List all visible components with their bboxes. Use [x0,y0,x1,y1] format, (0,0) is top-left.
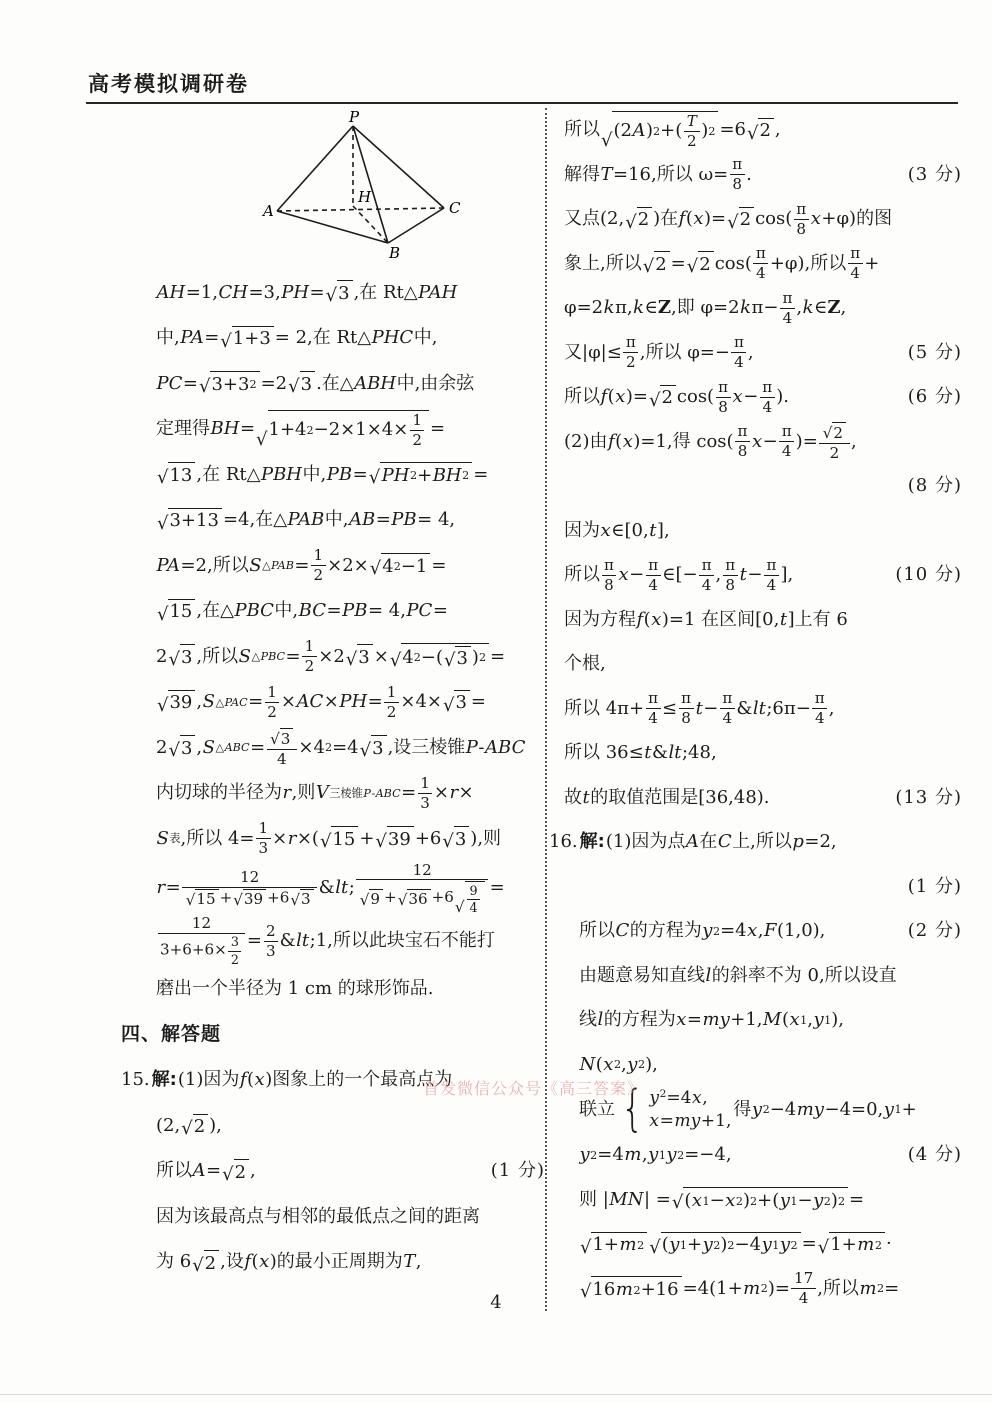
score-marker: (3 分) [902,164,962,187]
score-marker: (2 分) [902,920,962,943]
math-content: (1)因为点 A 在 C 上,所以 p=2, [606,831,837,854]
tetrahedron-svg: P A C B H [261,110,461,260]
math-content: 又点(2,√2)在 f(x)=√2cos(π8x+φ)的图 [564,201,892,238]
math-content: √39,S△PAC=12×AC×PH=12×4×√3= [156,684,486,721]
math-line: (2)由 f(x)=1,得 cos(π8x−π4)=√22, [549,420,962,465]
math-line: √3+13=4,在△PAB 中,AB = PB = 4, [121,498,545,544]
math-line: √15,在△PBC 中,BC = PB = 4,PC = [121,589,545,635]
math-content: √1+m2 √(y1+y2)2−4y1y2 = √1+m2 · [579,1232,892,1257]
math-content: PA=2,所以 S△PAB=12×2× √42−1= [156,547,446,584]
math-content: N(x2,y2), [579,1054,658,1077]
math-line: y2=4m,y1y2=−4,(4 分) [549,1133,962,1178]
math-content: (1)因为 f(x)图象上的一个最高点为 [178,1069,452,1092]
score-marker: (1 分) [902,876,962,899]
math-line: 线 l 的方程为 x = my+1,M(x1,y1), [549,998,962,1043]
math-line: 所以 C 的方程为 y2=4x,F(1,0),(2 分) [549,909,962,954]
math-content: y2=4m,y1y2=−4, [579,1144,732,1167]
score-marker: (13 分) [889,787,962,810]
math-content: 所以 A=√2, [156,1159,256,1184]
math-content: 所以√(2A)2+(T2)2=6√2, [564,111,781,150]
math-content: 123+6+6×32=23&lt;1,所以此块宝石不能打 [156,915,495,966]
score-marker: (10 分) [889,564,962,587]
math-line: 因为该最高点与相邻的最低点之间的距离 [121,1194,545,1240]
math-content: (2,√2), [156,1114,222,1139]
math-line: 所以 A=√2,(1 分) [121,1149,545,1195]
math-content: 所以 36≤t&lt;48, [564,742,717,765]
math-line: 123+6+6×32=23&lt;1,所以此块宝石不能打 [121,915,545,966]
math-content: 所以π8x−π4∈[−π4,π8t−π4], [564,557,793,594]
math-line: φ=2kπ,k∈Z,即 φ=2kπ−π4,k∈Z, [549,286,962,331]
math-line: (8 分) [549,464,962,509]
math-content: 为 6√2,设 f(x)的最小正周期为 T, [156,1250,422,1275]
math-content: 2√3,S△ABC=√34×42=4√3,设三棱锥 P-ABC [156,728,526,767]
math-line: 中,PA = √1+3 = 2,在 Rt△PHC 中, [121,316,545,362]
math-content: AH=1,CH=3,PH=√3,在 Rt△PAH [156,280,458,305]
math-line: (1 分) [549,865,962,910]
page-number: 4 [0,1292,992,1313]
math-content: 所以 4π+π4≤π8t−π4&lt;6π−π4, [564,690,834,727]
two-column-body: P A C B H AH=1,CH=3,PH=√3,在 Rt△PAH中,PA =… [0,108,992,1311]
math-content: 内切球的半径为 r,则 V三棱锥P-ABC=13×r× [156,775,474,812]
watermark: 首发微信公众号《高三答案》 [423,1076,644,1099]
score-marker: (5 分) [902,342,962,365]
math-content: 定理得 BH = √1+42−2×1×4×12 = [156,410,445,449]
math-line: 则 | MN | = √(x1−x2)2+(y1−y2)2 = [549,1178,962,1223]
math-line: 2√3,所以 S△PBC=12×2√3×√42−(√3)2= [121,634,545,680]
math-line: 个根, [549,642,962,687]
math-content: PC=√3+32=2√3.在△ABH 中,由余弦 [156,371,474,396]
score-marker: (4 分) [902,1144,962,1167]
math-line: 所以 f(x)=√2cos(π8x−π4).(6 分) [549,375,962,420]
math-line: 所以π8x−π4∈[−π4,π8t−π4],(10 分) [549,553,962,598]
math-content: 因为该最高点与相邻的最低点之间的距离 [156,1206,480,1229]
problem-number: 16. [549,831,578,854]
tetrahedron-figure: P A C B H [261,110,461,264]
math-content: r=12√15+√39+6√3&lt;12√9+√36+6√94= [156,862,505,916]
math-line: 所以√(2A)2+(T2)2=6√2, [549,108,962,153]
math-line: √13,在 Rt△PBH 中,PB=√PH2+BH2= [121,452,545,498]
math-line: 象上,所以√2=√2cos(π4+φ),所以π4+ [549,242,962,287]
math-content: √15,在△PBC 中,BC = PB = 4,PC = [156,599,448,624]
math-line: 由题意易知直线 l 的斜率不为 0,所以设直 [549,954,962,999]
math-content: 故 t 的取值范围是[36,48). [564,787,770,810]
math-line: 2√3,S△ABC=√34×42=4√3,设三棱锥 P-ABC [121,725,545,771]
math-line: r=12√15+√39+6√3&lt;12√9+√36+6√94= [121,862,545,916]
solution-label: 解: [580,831,605,854]
math-content: 又|φ|≤π2,所以 φ=−π4, [564,334,754,371]
math-line: S表,所以 4=13×r×(√15+√39+6√3),则 [121,816,545,862]
math-content: 个根, [564,653,606,676]
vertex-label-b: B [388,244,400,260]
math-line: 16.解:(1)因为点 A 在 C 上,所以 p=2, [549,820,962,865]
math-content: 因为 x∈[0,t], [564,520,670,543]
math-content: √3+13=4,在△PAB 中,AB = PB = 4, [156,508,455,533]
vertex-label-h: H [357,188,372,206]
column-divider [545,108,547,1311]
math-content: 磨出一个半径为 1 cm 的球形饰品. [156,978,434,1001]
math-line: 为 6√2,设 f(x)的最小正周期为 T, [121,1240,545,1286]
math-line: √1+m2 √(y1+y2)2−4y1y2 = √1+m2 · [549,1222,962,1267]
math-line: 所以 4π+π4≤π8t−π4&lt;6π−π4, [549,687,962,732]
page-title: 高考模拟调研卷 [86,68,253,104]
math-content: (2)由 f(x)=1,得 cos(π8x−π4)=√22, [564,422,857,461]
vertex-label-a: A [261,202,274,220]
math-line: 定理得 BH = √1+42−2×1×4×12 = [121,407,545,453]
math-line: 内切球的半径为 r,则 V三棱锥P-ABC=13×r× [121,771,545,817]
section-heading-label: 四、解答题 [121,1023,221,1047]
math-line: 又点(2,√2)在 f(x)=√2cos(π8x+φ)的图 [549,197,962,242]
math-line: 解得 T=16,所以 ω=π8.(3 分) [549,153,962,198]
score-marker: (1 分) [485,1160,545,1183]
exam-answer-page: 高考模拟调研卷 P A [0,0,992,1403]
math-content: 所以 f(x)=√2cos(π8x−π4). [564,379,789,416]
math-line: 所以 36≤t&lt;48, [549,731,962,776]
math-line: 因为 x∈[0,t], [549,509,962,554]
math-content: 所以 C 的方程为 y2=4x,F(1,0), [579,920,825,943]
math-line: 又|φ|≤π2,所以 φ=−π4,(5 分) [549,331,962,376]
math-content: φ=2kπ,k∈Z,即 φ=2kπ−π4,k∈Z, [564,290,846,327]
math-content: 因为方程 f(x)=1 在区间[0,t]上有 6 [564,609,848,632]
math-line: √39,S△PAC=12×AC×PH=12×4×√3= [121,680,545,726]
math-content: √13,在 Rt△PBH 中,PB=√PH2+BH2= [156,462,488,487]
left-column: P A C B H AH=1,CH=3,PH=√3,在 Rt△PAH中,PA =… [121,108,545,1311]
math-line: 磨出一个半径为 1 cm 的球形饰品. [121,967,545,1013]
math-content: 由题意易知直线 l 的斜率不为 0,所以设直 [579,965,897,988]
scan-edge-line [0,1394,992,1395]
math-line: (2,√2), [121,1103,545,1149]
left-column-text: AH=1,CH=3,PH=√3,在 Rt△PAH中,PA = √1+3 = 2,… [121,270,545,1285]
vertex-label-p: P [348,110,360,126]
problem-number: 15. [121,1069,150,1092]
right-column: 所以√(2A)2+(T2)2=6√2,解得 T=16,所以 ω=π8.(3 分)… [549,108,962,1311]
score-marker: (8 分) [902,475,962,498]
math-line: 故 t 的取值范围是[36,48).(13 分) [549,776,962,821]
math-content: S表,所以 4=13×r×(√15+√39+6√3),则 [156,820,501,857]
math-line: 因为方程 f(x)=1 在区间[0,t]上有 6 [549,598,962,643]
math-line: PC=√3+32=2√3.在△ABH 中,由余弦 [121,361,545,407]
math-content: 解得 T=16,所以 ω=π8. [564,156,752,193]
math-content: 2√3,所以 S△PBC=12×2√3×√42−(√3)2= [156,638,505,675]
page-header: 高考模拟调研卷 [86,68,958,104]
math-line: AH=1,CH=3,PH=√3,在 Rt△PAH [121,270,545,316]
math-content: 则 | MN | = √(x1−x2)2+(y1−y2)2 = [579,1187,864,1212]
math-content: 线 l 的方程为 x = my+1,M(x1,y1), [579,1009,844,1032]
solution-label: 解: [152,1069,177,1092]
section-heading: 四、解答题 [121,1012,545,1058]
math-content: 象上,所以√2=√2cos(π4+φ),所以π4+ [564,245,879,282]
score-marker: (6 分) [902,386,962,409]
math-line: PA=2,所以 S△PAB=12×2× √42−1= [121,543,545,589]
math-content: 中,PA = √1+3 = 2,在 Rt△PHC 中, [156,326,437,351]
right-column-text: 所以√(2A)2+(T2)2=6√2,解得 T=16,所以 ω=π8.(3 分)… [549,108,962,1311]
vertex-label-c: C [449,199,461,217]
